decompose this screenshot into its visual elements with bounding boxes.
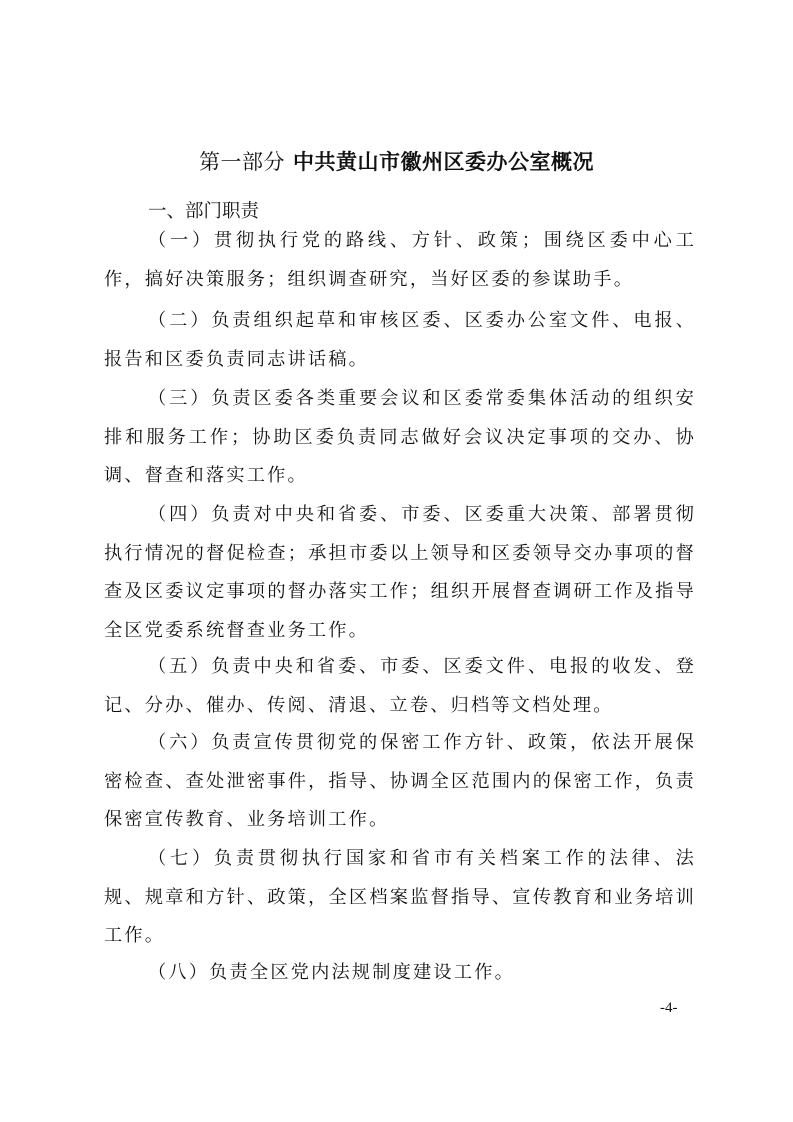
paragraph-4: （四）负责对中央和省委、市委、区委重大决策、部署贯彻执行情况的督促检查；承担市委… bbox=[104, 496, 696, 650]
page-number: -4- bbox=[660, 1000, 678, 1017]
paragraph-2: （二）负责组织起草和审核区委、区委办公室文件、电报、报告和区委负责同志讲话稿。 bbox=[104, 302, 696, 379]
paragraph-5: （五）负责中央和省委、市委、区委文件、电报的收发、登记、分办、催办、传阅、清退、… bbox=[104, 648, 696, 725]
title-main: 中共黄山市徽州区委办公室概况 bbox=[293, 150, 594, 174]
document-title: 第一部分中共黄山市徽州区委办公室概况 bbox=[0, 146, 793, 176]
paragraph-3: （三）负责区委各类重要会议和区委常委集体活动的组织安排和服务工作；协助区委负责同… bbox=[104, 380, 696, 496]
title-part-label: 第一部分 bbox=[199, 150, 285, 174]
section-heading: 一、部门职责 bbox=[148, 197, 259, 223]
paragraph-6: （六）负责宣传贯彻党的保密工作方针、政策，依法开展保密检查、查处泄密事件，指导、… bbox=[104, 724, 696, 840]
paragraph-8: （八）负责全区党内法规制度建设工作。 bbox=[104, 954, 696, 993]
paragraph-1: （一）贯彻执行党的路线、方针、政策；围绕区委中心工作，搞好决策服务；组织调查研究… bbox=[104, 222, 696, 299]
paragraph-7: （七）负责贯彻执行国家和省市有关档案工作的法律、法规、规章和方针、政策，全区档案… bbox=[104, 840, 696, 956]
